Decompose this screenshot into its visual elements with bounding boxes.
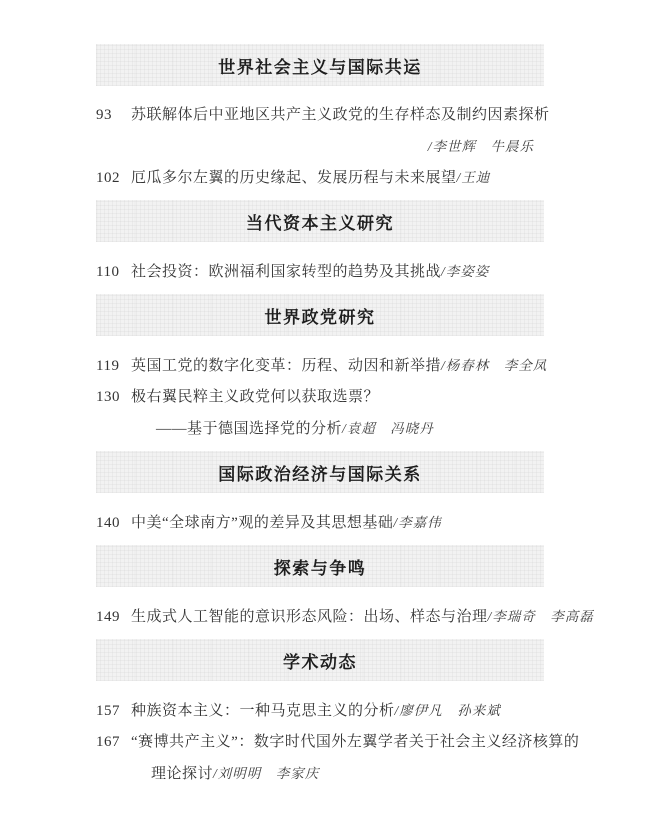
entry-subtitle: ——基于德国选择党的分析	[156, 421, 342, 437]
entry-title: 社会投资：欧洲福利国家转型的趋势及其挑战	[131, 264, 441, 280]
section-header-world-socialism: 世界社会主义与国际共运	[96, 44, 544, 86]
entry-authors: /李世辉 牛晨乐	[428, 139, 534, 154]
entry-authors: /李嘉伟	[393, 515, 441, 530]
toc-entry: 140 中美“全球南方”观的差异及其思想基础/李嘉伟	[96, 513, 544, 533]
section-header-academic-trends: 学术动态	[96, 639, 544, 681]
entry-subtitle-line: ——基于德国选择党的分析/袁超 冯晓丹	[96, 419, 544, 439]
toc-entry: 149 生成式人工智能的意识形态风险：出场、样态与治理/李瑞奇 李高磊	[96, 607, 544, 627]
entry-page-number: 130	[96, 388, 131, 407]
section-title: 探索与争鸣	[274, 554, 367, 579]
section-header-exploration-contention: 探索与争鸣	[96, 545, 544, 587]
entry-authors: /袁超 冯晓丹	[342, 421, 434, 436]
section-title: 国际政治经济与国际关系	[218, 460, 422, 485]
section-title: 世界社会主义与国际共运	[218, 53, 422, 78]
entry-authors: /王迪	[457, 170, 491, 185]
entry-title: 极右翼民粹主义政党何以获取选票？	[131, 389, 379, 405]
toc-entry: 93 苏联解体后中亚地区共产主义政党的生存样态及制约因素探析	[96, 106, 544, 125]
entry-title-continuation-line: 理论探讨/刘明明 李家庆	[96, 764, 544, 784]
entry-page-number: 110	[96, 263, 131, 282]
toc-entry: 119 英国工党的数字化变革：历程、动因和新举措/杨春林 李全凤	[96, 356, 544, 376]
toc-entry: 130 极右翼民粹主义政党何以获取选票？	[96, 388, 544, 407]
section-title: 世界政党研究	[265, 303, 376, 328]
section-title: 学术动态	[283, 648, 357, 673]
entry-page-number: 157	[96, 702, 131, 721]
entry-title: 生成式人工智能的意识形态风险：出场、样态与治理	[131, 609, 488, 625]
section-header-world-parties: 世界政党研究	[96, 294, 544, 336]
section-title: 当代资本主义研究	[246, 209, 394, 234]
entry-page-number: 140	[96, 514, 131, 533]
entry-authors: /杨春林 李全凤	[441, 358, 547, 373]
entry-authors: /廖伊凡 孙来斌	[395, 703, 501, 718]
toc-entry: 110 社会投资：欧洲福利国家转型的趋势及其挑战/李姿姿	[96, 262, 544, 282]
toc-content: 世界社会主义与国际共运 93 苏联解体后中亚地区共产主义政党的生存样态及制约因素…	[96, 44, 544, 796]
entry-page-number: 167	[96, 733, 131, 752]
entry-authors: /李姿姿	[441, 264, 489, 279]
journal-toc-page: 世界社会主义与国际共运 93 苏联解体后中亚地区共产主义政党的生存样态及制约因素…	[0, 0, 652, 829]
toc-entry: 102 厄瓜多尔左翼的历史缘起、发展历程与未来展望/王迪	[96, 168, 544, 188]
toc-entry: 157 种族资本主义：一种马克思主义的分析/廖伊凡 孙来斌	[96, 701, 544, 721]
section-header-contemporary-capitalism: 当代资本主义研究	[96, 200, 544, 242]
entry-page-number: 93	[96, 106, 131, 125]
entry-title-continuation: 理论探讨	[151, 766, 213, 782]
toc-entry: 167 “赛博共产主义”：数字时代国外左翼学者关于社会主义经济核算的	[96, 733, 544, 752]
entry-title: “赛博共产主义”：数字时代国外左翼学者关于社会主义经济核算的	[131, 734, 579, 750]
entry-authors-line: /李世辉 牛晨乐	[96, 137, 544, 156]
entry-authors: /刘明明 李家庆	[213, 766, 319, 781]
entry-title: 种族资本主义：一种马克思主义的分析	[131, 703, 395, 719]
entry-title: 中美“全球南方”观的差异及其思想基础	[131, 515, 393, 531]
entry-title: 英国工党的数字化变革：历程、动因和新举措	[131, 358, 441, 374]
entry-page-number: 102	[96, 169, 131, 188]
entry-title: 苏联解体后中亚地区共产主义政党的生存样态及制约因素探析	[131, 107, 550, 123]
entry-title: 厄瓜多尔左翼的历史缘起、发展历程与未来展望	[131, 170, 457, 186]
entry-authors: /李瑞奇 李高磊	[488, 609, 594, 624]
entry-page-number: 149	[96, 608, 131, 627]
section-header-ipe-ir: 国际政治经济与国际关系	[96, 451, 544, 493]
entry-page-number: 119	[96, 357, 131, 376]
